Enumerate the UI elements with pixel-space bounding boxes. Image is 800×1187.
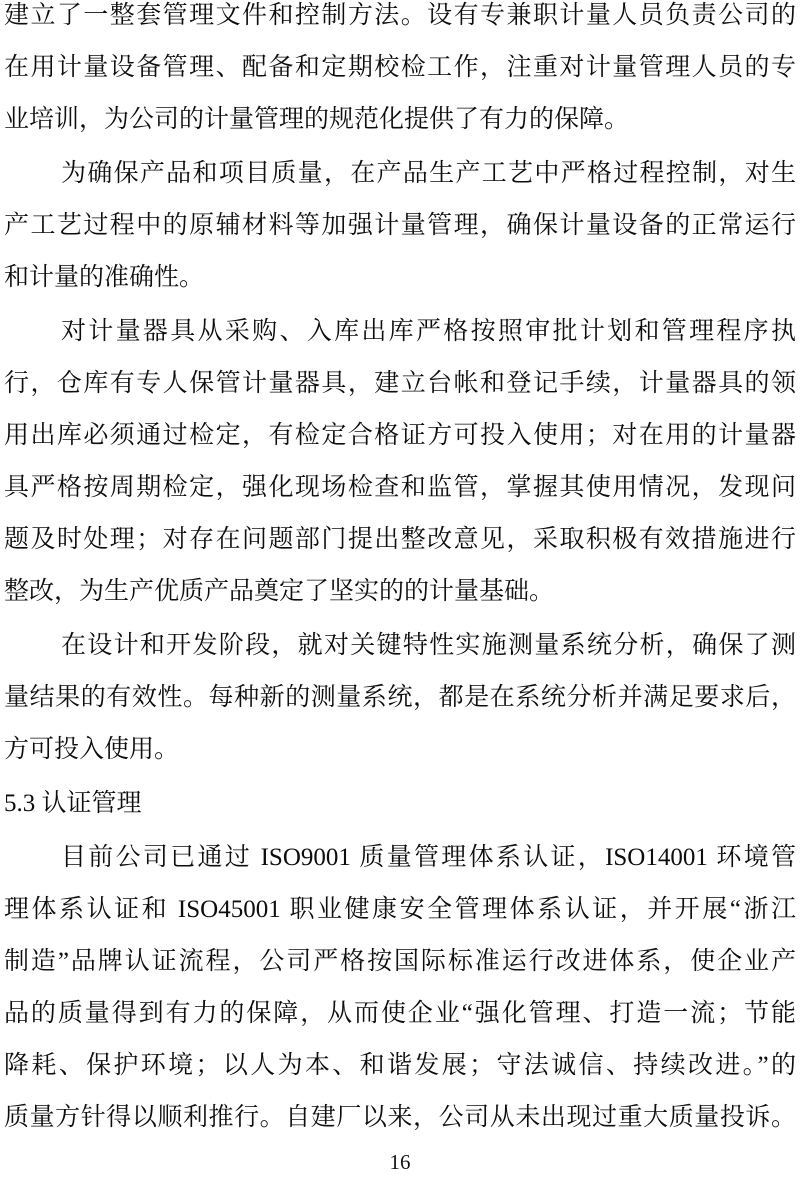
paragraph: 对计量器具从采购、入库出库严格按照审批计划和管理程序执 行，仓库有专人保管计量器… bbox=[4, 306, 796, 618]
text-line: 业培训，为公司的计量管理的规范化提供了有力的保障。 bbox=[4, 94, 796, 146]
paragraph: 建立了一整套管理文件和控制方法。设有专兼职计量人员负责公司的 在用计量设备管理、… bbox=[4, 0, 796, 146]
text-line: 理体系认证和 ISO45001 职业健康安全管理体系认证，并开展“浙江 bbox=[4, 884, 796, 936]
section-heading: 5.3 认证管理 bbox=[4, 778, 796, 830]
text-line: 整改，为生产优质产品奠定了坚实的的计量基础。 bbox=[4, 566, 796, 618]
section-heading-row: 5.3 认证管理 bbox=[4, 778, 796, 830]
text-line: 对计量器具从采购、入库出库严格按照审批计划和管理程序执 bbox=[4, 306, 796, 358]
paragraph: 在设计和开发阶段，就对关键特性实施测量系统分析，确保了测 量结果的有效性。每种新… bbox=[4, 620, 796, 776]
paragraph: 目前公司已通过 ISO9001 质量管理体系认证，ISO14001 环境管 理体… bbox=[4, 832, 796, 1144]
text-line: 量结果的有效性。每种新的测量系统，都是在系统分析并满足要求后， bbox=[4, 672, 796, 724]
text-line: 方可投入使用。 bbox=[4, 724, 796, 776]
text-line: 产工艺过程中的原辅材料等加强计量管理，确保计量设备的正常运行 bbox=[4, 200, 796, 252]
text-line: 在设计和开发阶段，就对关键特性实施测量系统分析，确保了测 bbox=[4, 620, 796, 672]
text-line: 具严格按周期检定，强化现场检查和监管，掌握其使用情况，发现问 bbox=[4, 462, 796, 514]
text-line: 为确保产品和项目质量，在产品生产工艺中严格过程控制，对生 bbox=[4, 148, 796, 200]
text-column: 建立了一整套管理文件和控制方法。设有专兼职计量人员负责公司的 在用计量设备管理、… bbox=[0, 0, 800, 1144]
text-line: 在用计量设备管理、配备和定期校检工作，注重对计量管理人员的专 bbox=[4, 42, 796, 94]
document-page: 建立了一整套管理文件和控制方法。设有专兼职计量人员负责公司的 在用计量设备管理、… bbox=[0, 0, 800, 1187]
text-line: 题及时处理；对存在问题部门提出整改意见，采取积极有效措施进行 bbox=[4, 514, 796, 566]
text-line: 目前公司已通过 ISO9001 质量管理体系认证，ISO14001 环境管 bbox=[4, 832, 796, 884]
paragraph: 为确保产品和项目质量，在产品生产工艺中严格过程控制，对生 产工艺过程中的原辅材料… bbox=[4, 148, 796, 304]
text-line: 质量方针得以顺利推行。自建厂以来，公司从未出现过重大质量投诉。 bbox=[4, 1092, 796, 1144]
text-line: 行，仓库有专人保管计量器具，建立台帐和登记手续，计量器具的领 bbox=[4, 358, 796, 410]
text-line: 和计量的准确性。 bbox=[4, 252, 796, 304]
page-number: 16 bbox=[0, 1146, 800, 1178]
text-line: 品的质量得到有力的保障，从而使企业“强化管理、打造一流；节能 bbox=[4, 988, 796, 1040]
text-line: 制造”品牌认证流程，公司严格按国际标准运行改进体系，使企业产 bbox=[4, 936, 796, 988]
text-line: 用出库必须通过检定，有检定合格证方可投入使用；对在用的计量器 bbox=[4, 410, 796, 462]
text-line: 建立了一整套管理文件和控制方法。设有专兼职计量人员负责公司的 bbox=[4, 0, 796, 42]
text-line: 降耗、保护环境；以人为本、和谐发展；守法诚信、持续改进。”的 bbox=[4, 1040, 796, 1092]
